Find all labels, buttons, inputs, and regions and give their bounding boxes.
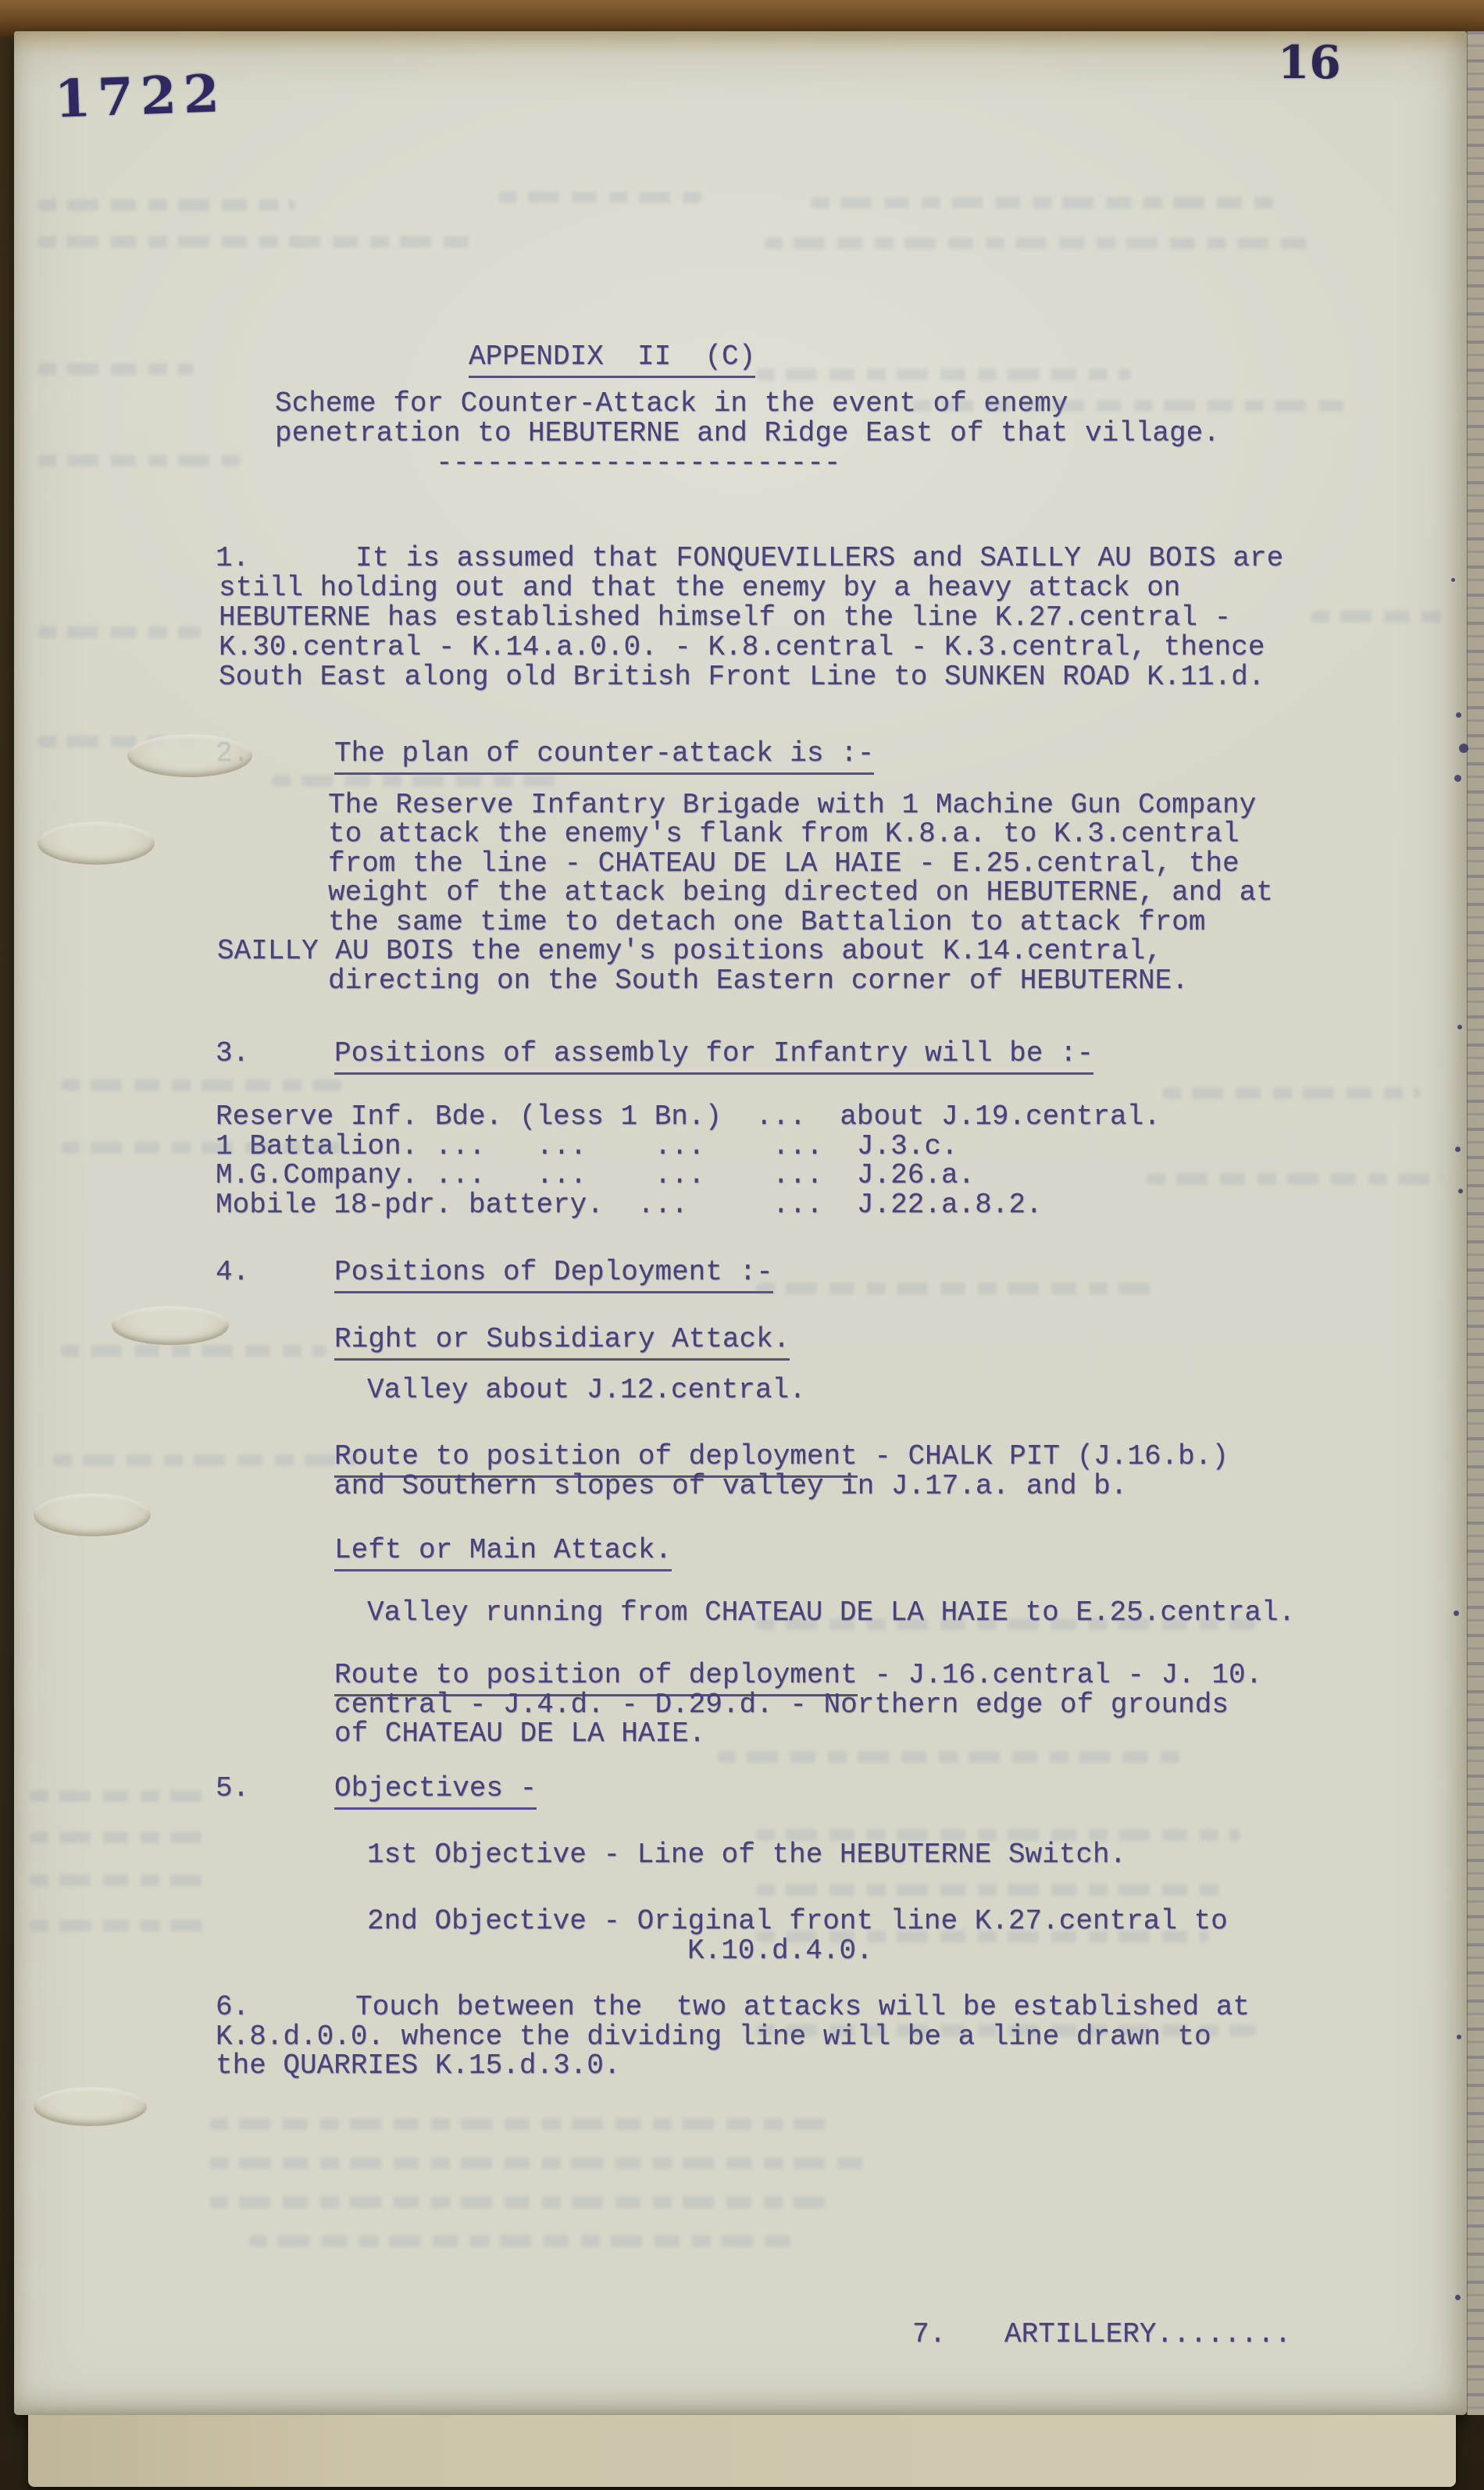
bleed-through-ghost-text bbox=[717, 1751, 1186, 1763]
bleed-through-ghost-text bbox=[61, 1142, 342, 1154]
section-4-number: 4. bbox=[216, 1257, 249, 1287]
punch-hole-embossing bbox=[112, 1306, 229, 1345]
section-2-heading: The plan of counter-attack is :- bbox=[334, 739, 874, 769]
right-attack-valley: Valley about J.12.central. bbox=[367, 1375, 806, 1405]
section-6-number: 6. bbox=[216, 1992, 249, 2022]
document-page: 1722 16 APPENDIX II (C) Scheme for Count… bbox=[14, 31, 1467, 2415]
bleed-through-ghost-text bbox=[37, 455, 241, 466]
section-5-heading: Objectives - bbox=[334, 1774, 537, 1803]
para-2-line-1: The Reserve Infantry Brigade with 1 Mach… bbox=[328, 790, 1256, 820]
ink-speck bbox=[1457, 2035, 1461, 2039]
bleed-through-ghost-text bbox=[30, 1875, 209, 1886]
punch-hole-embossing bbox=[34, 2087, 147, 2126]
ink-speck bbox=[1451, 578, 1455, 582]
left-route-line-1: Route to position of deployment - J.16.c… bbox=[334, 1661, 1262, 1690]
bleed-through-ghost-text bbox=[30, 1790, 209, 1802]
assembly-row-1: Reserve Inf. Bde. (less 1 Bn.) ... about… bbox=[216, 1102, 1161, 1132]
bleed-through-ghost-text bbox=[756, 369, 1131, 380]
page-number: 16 bbox=[1278, 36, 1341, 89]
separator-dashes: ------------------------ bbox=[436, 448, 840, 478]
section-1-number: 1. bbox=[216, 544, 249, 573]
right-route-line-2: and Southern slopes of valley in J.17.a.… bbox=[334, 1472, 1127, 1501]
bleed-through-ghost-text bbox=[1311, 611, 1443, 622]
bleed-through-ghost-text bbox=[756, 1618, 1256, 1630]
bleed-through-ghost-text bbox=[756, 1829, 1240, 1841]
bleed-through-ghost-text bbox=[248, 2235, 795, 2247]
ink-speck bbox=[1455, 2295, 1461, 2300]
para-6-line-3: the QUARRIES K.15.d.3.0. bbox=[216, 2051, 620, 2081]
right-route-line-1: Route to position of deployment - CHALK … bbox=[334, 1442, 1229, 1472]
section-7-number: 7. bbox=[912, 2320, 946, 2349]
ink-speck bbox=[1458, 1189, 1463, 1193]
photographed-document: { "page": { "stamp": "1722", "page_numbe… bbox=[0, 0, 1484, 2490]
para-6-line-1: Touch between the two attacks will be es… bbox=[355, 1992, 1250, 2022]
bleed-through-ghost-text bbox=[209, 2196, 834, 2208]
section-5-number: 5. bbox=[216, 1774, 249, 1803]
para-1-line-5: South East along old British Front Line … bbox=[219, 662, 1265, 692]
section-3-number: 3. bbox=[216, 1039, 249, 1068]
ink-speck bbox=[1454, 1611, 1459, 1616]
bleed-through-ghost-text bbox=[37, 199, 295, 211]
ink-speck bbox=[1459, 744, 1468, 753]
artillery-continuation-label: ARTILLERY........ bbox=[1004, 2320, 1291, 2349]
bleed-through-ghost-text bbox=[272, 775, 561, 787]
bleed-through-ghost-text bbox=[209, 2118, 834, 2130]
left-route-line-3: of CHATEAU DE LA HAIE. bbox=[334, 1719, 705, 1749]
punch-hole-embossing bbox=[37, 822, 155, 865]
section-3-heading: Positions of assembly for Infantry will … bbox=[334, 1039, 1093, 1068]
para-2-line-6: SAILLY AU BOIS the enemy's positions abo… bbox=[217, 936, 1162, 966]
para-1-line-1: It is assumed that FONQUEVILLERS and SAI… bbox=[355, 544, 1283, 573]
para-2-line-7: directing on the South Eastern corner of… bbox=[328, 966, 1189, 996]
para-2-line-3: from the line - CHATEAU DE LA HAIE - E.2… bbox=[328, 849, 1240, 879]
assembly-row-3: M.G.Company. ... ... ... ... J.26.a. bbox=[216, 1161, 975, 1190]
para-2-line-5: the same time to detach one Battalion to… bbox=[328, 908, 1205, 937]
page-edge-strip bbox=[1467, 31, 1484, 2415]
para-1-line-4: K.30.central - K.14.a.0.0. - K.8.central… bbox=[219, 633, 1265, 662]
bleed-through-ghost-text bbox=[756, 2024, 1256, 2036]
para-2-line-4: weight of the attack being directed on H… bbox=[328, 878, 1273, 908]
document-title: APPENDIX II (C) bbox=[469, 342, 755, 372]
bleed-through-ghost-text bbox=[37, 626, 202, 638]
punch-hole-embossing bbox=[34, 1493, 151, 1536]
section-4-heading: Positions of Deployment :- bbox=[334, 1257, 773, 1287]
para-1-line-3: HEBUTERNE has established himself on the… bbox=[219, 603, 1231, 633]
bleed-through-ghost-text bbox=[912, 400, 1350, 412]
bleed-through-ghost-text bbox=[209, 2157, 873, 2169]
bleed-through-ghost-text bbox=[37, 236, 475, 248]
stamp-number: 1722 bbox=[54, 62, 227, 130]
ink-speck bbox=[1456, 712, 1461, 718]
bleed-through-ghost-text bbox=[30, 1920, 209, 1932]
sheet-below-page bbox=[28, 2415, 1456, 2487]
bleed-through-ghost-text bbox=[37, 363, 194, 375]
bleed-through-ghost-text bbox=[756, 1884, 1225, 1896]
bleed-through-ghost-text bbox=[1162, 1087, 1420, 1099]
ink-speck bbox=[1457, 1025, 1462, 1029]
bleed-through-ghost-text bbox=[756, 1282, 1162, 1294]
punch-hole-embossing bbox=[127, 734, 252, 777]
subtitle-line-2: penetration to HEBUTERNE and Ridge East … bbox=[275, 419, 1220, 448]
bleed-through-ghost-text bbox=[811, 197, 1279, 209]
bleed-through-ghost-text bbox=[756, 1931, 1209, 1942]
bleed-through-ghost-text bbox=[498, 191, 701, 203]
para-2-line-2: to attack the enemy's flank from K.8.a. … bbox=[328, 819, 1240, 849]
ink-speck bbox=[1454, 775, 1461, 782]
bleed-through-ghost-text bbox=[53, 1454, 358, 1466]
bleed-through-ghost-text bbox=[61, 1079, 342, 1091]
para-1-line-2: still holding out and that the enemy by … bbox=[219, 573, 1180, 603]
objective-1: 1st Objective - Line of the HEBUTERNE Sw… bbox=[367, 1840, 1126, 1870]
assembly-row-4: Mobile 18-pdr. battery. ... ... J.22.a.8… bbox=[216, 1190, 1043, 1220]
left-route-line-2: central - J.4.d. - D.29.d. - Northern ed… bbox=[334, 1690, 1229, 1720]
bleed-through-ghost-text bbox=[1147, 1173, 1443, 1185]
ink-speck bbox=[1455, 1147, 1461, 1152]
bleed-through-ghost-text bbox=[61, 1345, 326, 1357]
bleed-through-ghost-text bbox=[30, 1832, 209, 1843]
right-attack-heading: Right or Subsidiary Attack. bbox=[334, 1325, 790, 1354]
left-attack-heading: Left or Main Attack. bbox=[334, 1536, 672, 1565]
bleed-through-ghost-text bbox=[764, 237, 1311, 249]
